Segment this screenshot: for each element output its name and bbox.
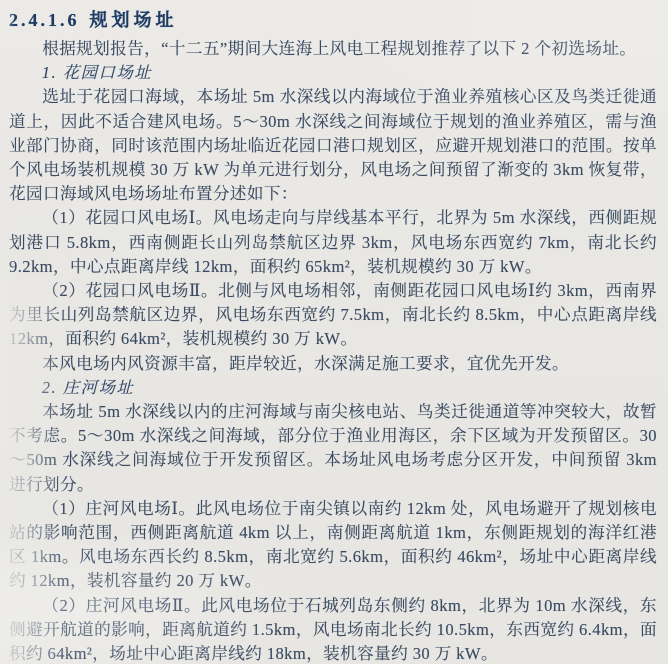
section-heading: 2.4.1.6规划场址 bbox=[9, 8, 657, 33]
subheading-zhuanghe-site: 2. 庄河场址 bbox=[9, 376, 657, 400]
paragraph-zhuanghe-overview: 本场址 5m 水深线以内的庄河海域与南尖核电站、鸟类迁徙通道等冲突较大，故暂不考… bbox=[9, 400, 657, 497]
paragraph-huayuankou-windfarm-2: （2）花园口风电场Ⅱ。北侧与风电场相邻，南侧距花园口风电场Ⅰ约 3km，西南界为… bbox=[9, 279, 657, 352]
paragraph-intro: 根据规划报告，“十二五”期间大连海上风电工程规划推荐了以下 2 个初选场址。 bbox=[9, 37, 657, 61]
scanned-document-page: 2.4.1.6规划场址 根据规划报告，“十二五”期间大连海上风电工程规划推荐了以… bbox=[0, 0, 668, 664]
paragraph-huayuankou-overview: 选址于花园口海域，本场址 5m 水深线以内海域位于渔业养殖核心区及鸟类迁徙通道上… bbox=[9, 85, 657, 206]
paragraph-huayuankou-conclusion: 本风电场内风资源丰富，距岸较近，水深满足施工要求，宜优先开发。 bbox=[9, 352, 657, 376]
subheading-huayuankou-site: 1. 花园口场址 bbox=[9, 61, 657, 85]
paragraph-huayuankou-windfarm-1: （1）花园口风电场Ⅰ。风电场走向与岸线基本平行，北界为 5m 水深线，西侧距规划… bbox=[9, 206, 657, 279]
paragraph-zhuanghe-windfarm-1: （1）庄河风电场Ⅰ。此风电场位于南尖镇以南约 12km 处，风电场避开了规划核电… bbox=[9, 497, 657, 594]
paragraph-zhuanghe-windfarm-2: （2）庄河风电场Ⅱ。此风电场位于石城列岛东侧约 8km，北界为 10m 水深线，… bbox=[9, 594, 657, 664]
section-number: 2.4.1.6 bbox=[9, 10, 80, 30]
section-title: 规划场址 bbox=[90, 10, 178, 30]
